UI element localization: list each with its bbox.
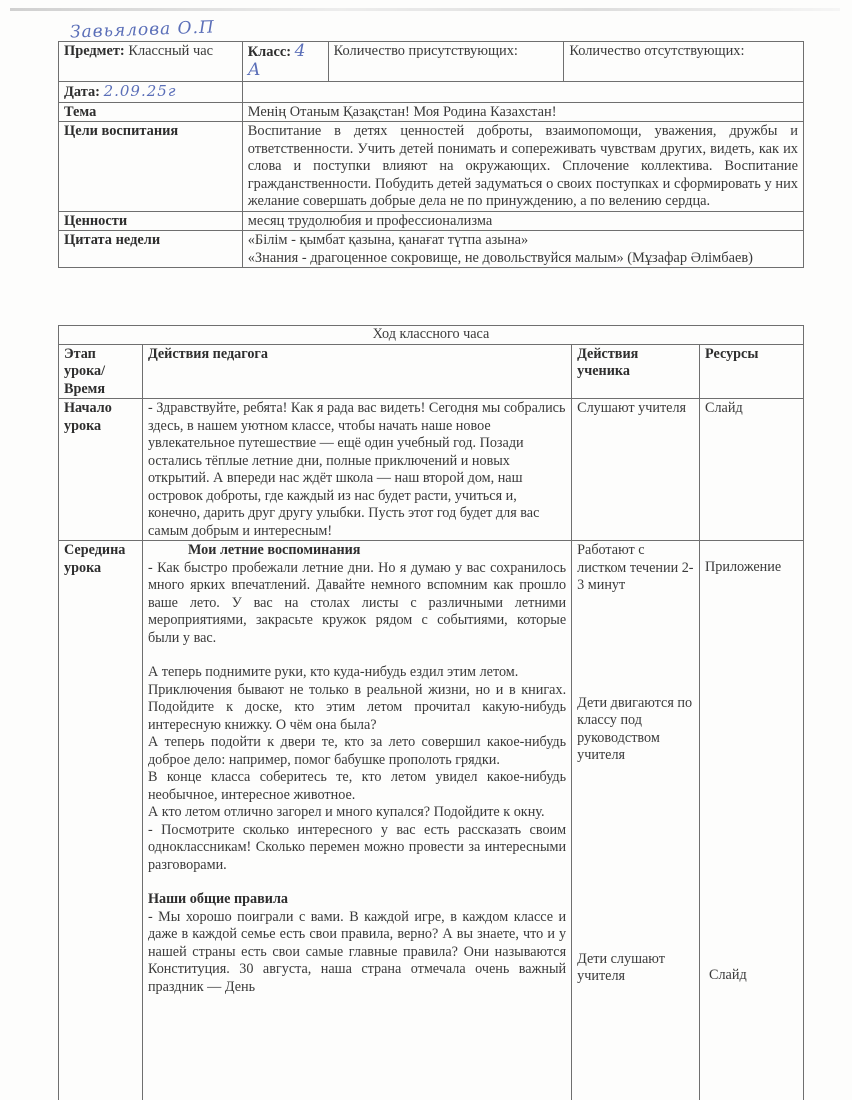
present-count-label: Количество присутствующих: <box>334 43 518 59</box>
date-label: Дата: <box>64 84 100 100</box>
topic-label: Тема <box>59 102 243 122</box>
resource-appendix: Приложение <box>705 559 798 577</box>
date-empty-cell <box>242 82 803 103</box>
lesson-plan-table: Ход классного часа Этап урока/ Время Дей… <box>58 325 804 1100</box>
quote-value: «Білім - қымбат қазына, қанағат түтпа аз… <box>242 231 803 268</box>
subject-value: Классный час <box>128 43 213 59</box>
resources-middle: Приложение Слайд <box>700 541 804 1100</box>
section-summer-memories-title: Мои летние воспоминания <box>148 542 566 560</box>
student-actions-start: Слушают учителя <box>572 399 700 541</box>
col-header-student: Действия ученика <box>572 344 700 399</box>
absent-count-cell: Количество отсутствующих: <box>564 42 804 82</box>
student-actions-middle: Работают с листком течении 2-3 минут Дет… <box>572 541 700 1100</box>
paragraph-animals: В конце класса соберитесь те, кто летом … <box>148 769 566 804</box>
class-label: Класс: <box>248 44 291 60</box>
handwritten-teacher-name: Завьялова О.П <box>70 17 215 42</box>
quote-russian: «Знания - драгоценное сокровище, не дово… <box>248 250 798 268</box>
student-action-worksheet: Работают с листком течении 2-3 минут <box>577 542 694 595</box>
teacher-actions-middle: Мои летние воспоминания - Как быстро про… <box>142 541 571 1100</box>
resources-start: Слайд <box>700 399 804 541</box>
student-action-listening: Дети слушают учителя <box>577 951 694 986</box>
goals-label: Цели воспитания <box>59 122 243 212</box>
date-value: 2.09.25г <box>104 82 177 100</box>
stage-start: Начало урока <box>59 399 143 541</box>
student-action-moving: Дети двигаются по классу под руководство… <box>577 695 694 765</box>
subject-label: Предмет: <box>64 43 125 59</box>
scan-edge <box>10 8 840 11</box>
lesson-header-table: Предмет: Классный час Класс: 4 А Количес… <box>58 41 804 268</box>
values-value: месяц трудолюбия и профессионализма <box>242 211 803 231</box>
col-header-teacher: Действия педагога <box>142 344 571 399</box>
paragraph-swimming: А кто летом отлично загорел и много купа… <box>148 804 566 822</box>
col-header-resources: Ресурсы <box>700 344 804 399</box>
plan-title: Ход классного часа <box>59 326 804 345</box>
subject-cell: Предмет: Классный час <box>59 42 243 82</box>
col-header-stage: Этап урока/ Время <box>59 344 143 399</box>
teacher-actions-start: - Здравствуйте, ребята! Как я рада вас в… <box>142 399 571 541</box>
resource-slide: Слайд <box>705 967 798 985</box>
paragraph-books: Приключения бывают не только в реальной … <box>148 682 566 735</box>
section-rules-title: Наши общие правила <box>148 891 566 909</box>
quote-label: Цитата недели <box>59 231 243 268</box>
section-rules-text: - Мы хорошо поиграли с вами. В каждой иг… <box>148 909 566 997</box>
topic-value: Менің Отаным Қазақстан! Моя Родина Казах… <box>242 102 803 122</box>
absent-count-label: Количество отсутствующих: <box>569 43 744 59</box>
class-cell: Класс: 4 А <box>242 42 328 82</box>
date-cell: Дата: 2.09.25г <box>59 82 243 103</box>
values-label: Ценности <box>59 211 243 231</box>
quote-kazakh: «Білім - қымбат қазына, қанағат түтпа аз… <box>248 232 798 250</box>
section-summer-memories-text: - Как быстро пробежали летние дни. Но я … <box>148 560 566 648</box>
paragraph-conclusion: - Посмотрите сколько интересного у вас е… <box>148 822 566 875</box>
stage-middle: Середина урока <box>59 541 143 1100</box>
goals-value: Воспитание в детях ценностей доброты, вз… <box>242 122 803 212</box>
paragraph-travel: А теперь поднимите руки, кто куда-нибудь… <box>148 664 566 682</box>
present-count-cell: Количество присутствующих: <box>328 42 564 82</box>
paragraph-good-deeds: А теперь подойти к двери те, кто за лето… <box>148 734 566 769</box>
